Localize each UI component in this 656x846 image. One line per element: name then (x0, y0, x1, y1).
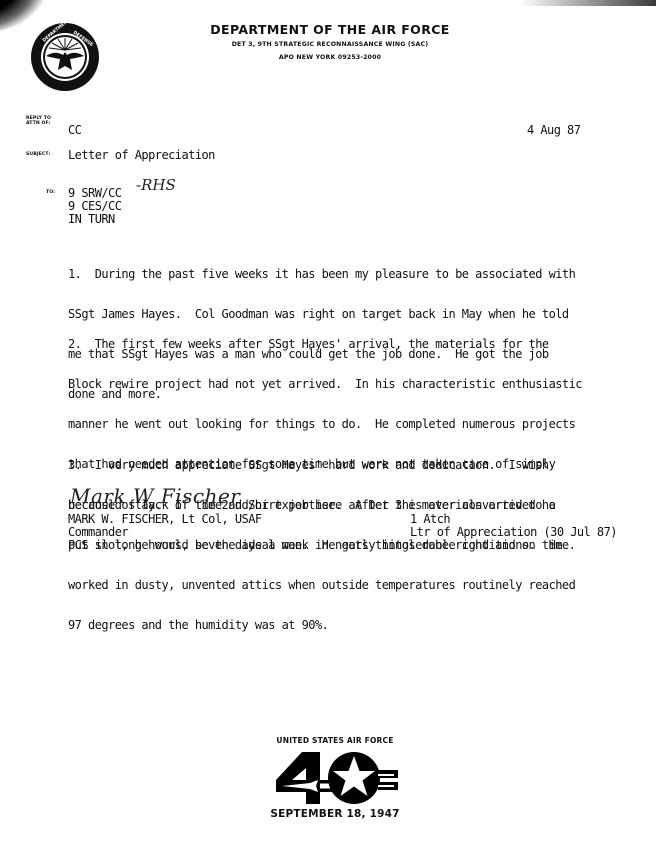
handwritten-signature: Mark W Fischer (70, 484, 240, 508)
paragraph-line: 2. The first few weeks after SSgt Hayes'… (68, 338, 628, 351)
unit-name: DET 3, 9TH STRATEGIC RECONNAISSANCE WING… (180, 41, 480, 48)
subject-value: Letter of Appreciation (68, 149, 215, 162)
signer-title: Commander (68, 526, 128, 539)
to-label: TO: (46, 190, 55, 195)
footer-bottom-text: SEPTEMBER 18, 1947 (255, 808, 415, 820)
scan-smudge-top-right (520, 0, 656, 6)
reply-to-label-line2: ATTN OF: (26, 121, 51, 126)
paragraph-line: 3. I very much appreciate SSgt Hayes' ha… (68, 459, 628, 472)
footer-top-text: UNITED STATES AIR FORCE (255, 736, 415, 745)
paragraph-line: 97 degrees and the humidity was at 90%. (68, 619, 628, 632)
subject-label: SUBJECT: (26, 152, 50, 157)
to-line-3: IN TURN (68, 213, 115, 226)
reply-to-value: CC (68, 124, 81, 137)
department-of-defense-seal-icon: DEPARTMENT DEFENSE (30, 22, 100, 92)
handwritten-initials: -RHS (136, 176, 176, 194)
paragraph-line: Block rewire project had not yet arrived… (68, 378, 628, 391)
attachment-description: Ltr of Appreciation (30 Jul 87) (410, 526, 617, 539)
department-title: DEPARTMENT OF THE AIR FORCE (180, 22, 480, 37)
paragraph-line: 1. During the past five weeks it has bee… (68, 268, 628, 281)
reply-to-label: REPLY TO ATTN OF: (26, 116, 51, 126)
usaf-40th-anniversary-logo-icon (272, 750, 400, 806)
paragraph-line: manner he went out looking for things to… (68, 418, 628, 431)
unit-address: APO NEW YORK 09253-2000 (180, 54, 480, 61)
paragraph-line: PCS slot, he would be the ideal man. He … (68, 539, 628, 552)
letter-date: 4 Aug 87 (527, 124, 580, 137)
paragraph-line: worked in dusty, unvented attics when ou… (68, 579, 628, 592)
